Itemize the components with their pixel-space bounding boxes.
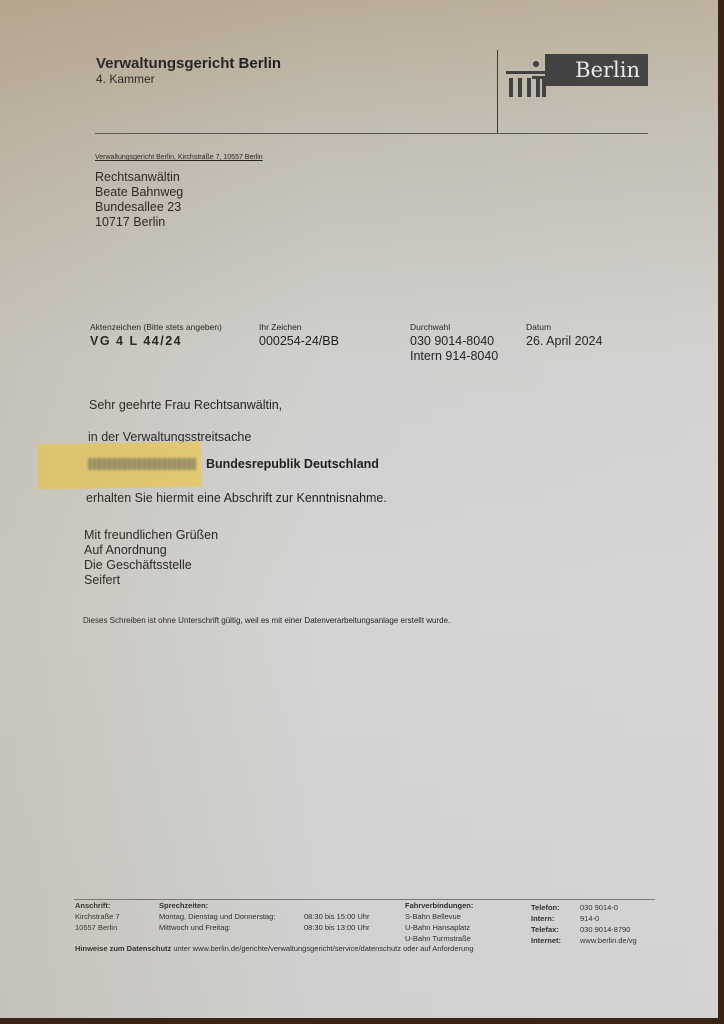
header-divider (95, 133, 648, 134)
brandenburg-gate-icon (506, 54, 562, 98)
ihr-zeichen-value: 000254-24/BB (259, 334, 339, 349)
closing-line: Mit freundlichen Grüßen (84, 528, 218, 543)
datenschutz-notice: Hinweise zum Datenschutz unter www.berli… (75, 943, 474, 954)
anschrift-line: Kirchstraße 7 (75, 911, 120, 922)
sprechzeiten-hours: 08:30 bis 15:00 Uhr (304, 911, 369, 922)
message: erhalten Sie hiermit eine Abschrift zur … (86, 491, 387, 505)
court-name: Verwaltungsgericht Berlin (96, 55, 281, 72)
durchwahl-label: Durchwahl (410, 322, 498, 332)
fahrverbindung-line: U-Bahn Hansaplatz (405, 922, 473, 933)
sprechzeiten-days: Mittwoch und Freitag: (159, 922, 275, 933)
sprechzeiten-hours: 08:30 bis 13:00 Uhr (304, 922, 369, 933)
datenschutz-text: unter www.berlin.de/gerichte/verwaltungs… (171, 944, 473, 953)
aktenzeichen-value: VG 4 L 44/24 (90, 334, 222, 349)
ihr-zeichen-label: Ihr Zeichen (259, 322, 339, 332)
telefax-label: Telefax: (531, 924, 561, 935)
intern-label: Intern: (531, 913, 561, 924)
recipient-line: 10717 Berlin (95, 215, 183, 230)
ihr-zeichen-block: Ihr Zeichen 000254-24/BB (259, 322, 339, 349)
durchwahl-block: Durchwahl 030 9014-8040 Intern 914-8040 (410, 322, 498, 364)
datum-value: 26. April 2024 (526, 334, 602, 349)
aktenzeichen-block: Aktenzeichen (Bitte stets angeben) VG 4 … (90, 322, 222, 349)
redacted-party-name (88, 458, 196, 470)
footer-contact-values: 030 9014-0 914-0 030 9014-8790 www.berli… (580, 902, 637, 946)
sprechzeiten-days: Montag, Dienstag und Donnerstag: (159, 911, 275, 922)
durchwahl-intern: Intern 914-8040 (410, 349, 498, 364)
sprechzeiten-label: Sprechzeiten: (159, 900, 275, 911)
closing-block: Mit freundlichen Grüßen Auf Anordnung Di… (84, 528, 218, 588)
letter-page: Verwaltungsgericht Berlin 4. Kammer Berl… (0, 0, 718, 1018)
telefax-value: 030 9014-8790 (580, 924, 637, 935)
footer-fahrverbindungen: Fahrverbindungen: S-Bahn Bellevue U-Bahn… (405, 900, 473, 944)
salutation: Sehr geehrte Frau Rechtsanwältin, (89, 398, 282, 412)
recipient-line: Rechtsanwältin (95, 170, 183, 185)
chamber: 4. Kammer (96, 72, 155, 86)
telefon-value: 030 9014-0 (580, 902, 637, 913)
closing-line: Auf Anordnung (84, 543, 218, 558)
internet-value: www.berlin.de/vg (580, 935, 637, 946)
recipient-address: Rechtsanwältin Beate Bahnweg Bundesallee… (95, 170, 183, 230)
fahrverbindung-line: S-Bahn Bellevue (405, 911, 473, 922)
closing-line: Seifert (84, 573, 218, 588)
header-divider-vertical (497, 50, 498, 134)
internet-label: Internet: (531, 935, 561, 946)
telefon-label: Telefon: (531, 902, 561, 913)
footer-sprechzeiten: Sprechzeiten: Montag, Dienstag und Donne… (159, 900, 275, 933)
signature-notice: Dieses Schreiben ist ohne Unterschrift g… (83, 616, 450, 625)
footer-anschrift: Anschrift: Kirchstraße 7 10557 Berlin (75, 900, 120, 933)
anschrift-line: 10557 Berlin (75, 922, 120, 933)
aktenzeichen-label: Aktenzeichen (Bitte stets angeben) (90, 322, 222, 332)
recipient-line: Beate Bahnweg (95, 185, 183, 200)
intern-value: 914-0 (580, 913, 637, 924)
case-party: Bundesrepublik Deutschland (206, 457, 379, 471)
footer-sprechzeiten-hours: 08:30 bis 15:00 Uhr 08:30 bis 13:00 Uhr (304, 911, 369, 933)
footer-contact-labels: Telefon: Intern: Telefax: Internet: (531, 902, 561, 946)
datenschutz-label: Hinweise zum Datenschutz (75, 944, 171, 953)
closing-line: Die Geschäftsstelle (84, 558, 218, 573)
datum-label: Datum (526, 322, 602, 332)
anschrift-label: Anschrift: (75, 900, 120, 911)
recipient-line: Bundesallee 23 (95, 200, 183, 215)
datum-block: Datum 26. April 2024 (526, 322, 602, 349)
return-address: Verwaltungsgericht Berlin, Kirchstraße 7… (95, 154, 263, 161)
durchwahl-value: 030 9014-8040 (410, 334, 498, 349)
fahrverbindungen-label: Fahrverbindungen: (405, 900, 473, 911)
